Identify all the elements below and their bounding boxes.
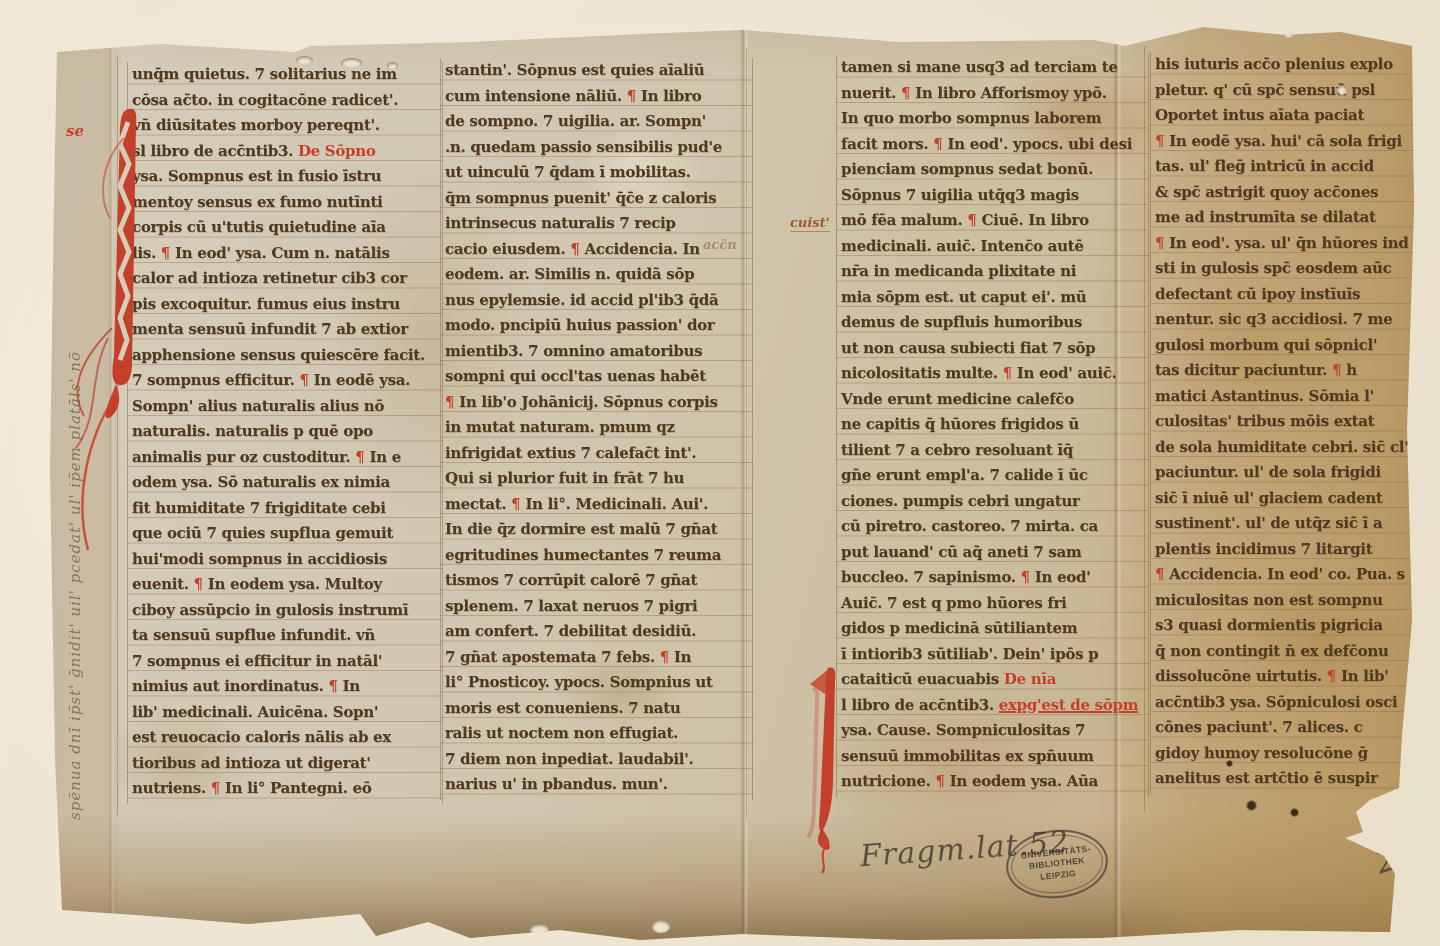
text-line: menta sensuū infundit 7 ab extior bbox=[132, 317, 438, 343]
text-line: sl libro de acc̄ntib3. De Sōpno bbox=[132, 139, 438, 165]
parchment-hole bbox=[1283, 25, 1294, 38]
text-line: de sola humiditate cebri. sic̄ cl' bbox=[1155, 435, 1418, 461]
text-line: tas dicitur paciuntur. ¶ h bbox=[1155, 358, 1418, 384]
text-line: gulosi morbum qui sōpnicl' bbox=[1155, 333, 1418, 359]
gutter-annotation-cuius: cuist' bbox=[790, 216, 830, 232]
text-line: narius u' in pbandus. mun'. bbox=[445, 772, 748, 798]
text-line: ut non causa subiecti fiat 7 sōp bbox=[841, 336, 1144, 362]
text-line: mectat. ¶ In li°. Medicinali. Aui'. bbox=[445, 492, 748, 518]
text-line: in mutat naturam. pmum qz bbox=[445, 415, 748, 441]
text-line: euenit. ¶ In eodem ysa. Multoy bbox=[132, 572, 438, 598]
text-line: sensuū immobilitas ex spn̄uum bbox=[841, 744, 1144, 770]
text-line: ciones. pumpis cebri ungatur bbox=[841, 489, 1144, 515]
text-line: odem ysa. Sō naturalis ex nimia bbox=[132, 470, 438, 496]
text-line: pletur. q' cū spc̄ sensuū psl bbox=[1155, 78, 1418, 104]
text-line: fit humiditate 7 frigiditate cebi bbox=[132, 496, 438, 522]
text-line: mō fēa malum. ¶ Ciuē. In libro bbox=[841, 208, 1144, 234]
text-line: tilient 7 a cebro resoluant īq̄ bbox=[841, 438, 1144, 464]
text-column-2: stantin'. Sōpnus est quies aīaliūcum int… bbox=[440, 58, 753, 800]
text-line: eodem. ar. Similis n. quidā sōp bbox=[445, 262, 748, 288]
text-line: gidos p medicinā sūtiliantem bbox=[841, 616, 1144, 642]
text-line: culositas' tribus mōis extat bbox=[1155, 409, 1418, 435]
text-line: splenem. 7 laxat neruos 7 pigri bbox=[445, 594, 748, 620]
parchment-hole bbox=[652, 920, 670, 933]
text-line: matici Astantinus. Sōmia l' bbox=[1155, 384, 1418, 410]
decorated-initial-red-col3 bbox=[800, 660, 850, 875]
stamp-line-1: UNIVERSITÄTS- bbox=[1020, 844, 1091, 862]
text-line: ta sensuū supflue infundit. vn̄ bbox=[132, 623, 438, 649]
margin-annotation-se: se bbox=[66, 122, 84, 140]
text-line: cum intensione nāliū. ¶ In libro bbox=[445, 84, 748, 110]
text-line: Qui si plurior fuit in frāt 7 hu bbox=[445, 466, 748, 492]
text-line: miculositas non est sompnu bbox=[1155, 588, 1418, 614]
parchment-hole bbox=[341, 58, 362, 68]
text-line: s3 quasi dormientis pigricia bbox=[1155, 613, 1418, 639]
text-line: 7 diem non inpediat. laudabil'. bbox=[445, 747, 748, 773]
text-line: animalis pur oz custoditur. ¶ In e bbox=[132, 445, 438, 471]
text-line: l libro de acc̄ntib3. expg'est de sōpm bbox=[841, 693, 1144, 719]
text-line: sic̄ ī niuē ul' glaciem cadent bbox=[1155, 486, 1418, 512]
text-line: tismos 7 corrūpit calorē 7 gn̄at bbox=[445, 568, 748, 594]
text-line: sti in gulosis spc̄ eosdem aūc bbox=[1155, 256, 1418, 282]
text-line: cōsa ac̄to. in cogitacōne radicet'. bbox=[132, 88, 438, 114]
photograph-background: unq̄m quietus. 7 solitarius ne imcōsa ac… bbox=[0, 0, 1440, 946]
text-line: ne capitis q̄ hūores frigidos ū bbox=[841, 412, 1144, 438]
text-line: ralis ut noctem non effugiat. bbox=[445, 721, 748, 747]
text-line: stantin'. Sōpnus est quies aīaliū bbox=[445, 58, 748, 84]
text-line: intrinsecus naturalis 7 recip bbox=[445, 211, 748, 237]
text-line: 7 gn̄at apostemata 7 febs. ¶ In bbox=[445, 645, 748, 671]
text-line: In die q̄z dormire est malū 7 gn̄at bbox=[445, 517, 748, 543]
text-line: apphensione sensus quiescēre facit. bbox=[132, 343, 438, 369]
text-line: ysa. Cause. Sompniculositas 7 bbox=[841, 718, 1144, 744]
text-line: 7 sompnus ei efficitur in natāl' bbox=[132, 649, 438, 675]
text-line: tas. ul' fleḡ intricū in accid bbox=[1155, 154, 1418, 180]
text-line: & spc̄ astrigit quoy acc̄ones bbox=[1155, 180, 1418, 206]
text-line: gn̄e erunt empl'a. 7 calide ī ūc bbox=[841, 463, 1144, 489]
text-line: defectant cū ipoy instīuīs bbox=[1155, 282, 1418, 308]
parchment-hole bbox=[387, 62, 398, 70]
text-line: calor ad intioza retinetur cib3 cor bbox=[132, 266, 438, 292]
text-line: buccleo. 7 sapinismo. ¶ In eod' bbox=[841, 565, 1144, 591]
text-line: put lauand' cū aq̄ aneti 7 sam bbox=[841, 540, 1144, 566]
text-line: nimius aut inordinatus. ¶ In bbox=[132, 674, 438, 700]
text-line: mientib3. 7 omnino amatoribus bbox=[445, 339, 748, 365]
text-line: paciuntur. ul' de sola frigidi bbox=[1155, 460, 1418, 486]
text-line: Oportet intus aīata paciat bbox=[1155, 103, 1418, 129]
gutter-annotation-accn: acc̄n bbox=[703, 238, 737, 253]
text-line: me ad instrumīta se dilatat bbox=[1155, 205, 1418, 231]
text-line: nuerit. ¶ In libro Afforismoy ypō. bbox=[841, 81, 1144, 107]
text-line: li° Pnosticoy. ypocs. Sompnius ut bbox=[445, 670, 748, 696]
text-line: ut uinculū 7 q̄dam ī mobilitas. bbox=[445, 160, 748, 186]
text-line: nr̄a in medicanda plixitate ni bbox=[841, 259, 1144, 285]
text-line: de sompno. 7 uigilia. ar. Sompn' bbox=[445, 109, 748, 135]
text-line: Auic̄. 7 est q pmo hūores fri bbox=[841, 591, 1144, 617]
text-column-3: tamen si mane usq3 ad terciam tenuerit. … bbox=[836, 55, 1149, 797]
text-line: .n. quedam passio sensibilis pud'e bbox=[445, 135, 748, 161]
text-line: am confert. 7 debilitat desidiū. bbox=[445, 619, 748, 645]
text-line: ¶ In eod'. ysa. ul' q̄n hūores ind bbox=[1155, 231, 1418, 257]
parchment-hole bbox=[530, 924, 549, 935]
text-line: Sompn' alius naturalis alius nō bbox=[132, 394, 438, 420]
text-line: nentur. sic q3 accidiosi. 7 me bbox=[1155, 307, 1418, 333]
text-line: modo. pncipiū huius passion' dor bbox=[445, 313, 748, 339]
text-line: egritudines humectantes 7 reuma bbox=[445, 543, 748, 569]
text-line: medicinali. auic̄. Intenc̄o autē bbox=[841, 234, 1144, 260]
text-line: facit mors. ¶ In eod'. ypocs. ubi desi bbox=[841, 132, 1144, 158]
manuscript-fragment: unq̄m quietus. 7 solitarius ne imcōsa ac… bbox=[0, 0, 1440, 946]
text-line: his iuturis acc̄o plenius explo bbox=[1155, 52, 1418, 78]
text-line: 7 sompnus efficitur. ¶ In eodē ysa. bbox=[132, 368, 438, 394]
text-line: ¶ In lib'o Johānicij. Sōpnus corpis bbox=[445, 390, 748, 416]
text-line: tioribus ad intioza ut digerat' bbox=[132, 751, 438, 777]
text-line: sustinent'. ul' de utq̄z sic̄ ī a bbox=[1155, 511, 1418, 537]
text-line: infrigidat extius 7 calefac̄t int'. bbox=[445, 441, 748, 467]
stamp-line-3: LEIPZIG bbox=[1040, 868, 1077, 883]
stamp-line-2: BIBLIOTHEK bbox=[1029, 856, 1086, 873]
text-line: vn̄ diūsitates morboy pereqnt'. bbox=[132, 113, 438, 139]
text-line: sompni qui occl'tas uenas habēt bbox=[445, 364, 748, 390]
margin-annotation-vertical: spēnua dnī ip̄st' ḡnidit' uil' pcedat' u… bbox=[66, 228, 84, 820]
parchment-hole bbox=[1337, 85, 1347, 95]
parchment-hole bbox=[296, 56, 313, 65]
text-line: moris est conueniens. 7 natu bbox=[445, 696, 748, 722]
text-line: q̄ non contingit n̄ ex defc̄onu bbox=[1155, 639, 1418, 665]
worm-hole bbox=[1246, 800, 1257, 811]
text-line: est reuocacio caloris nālis ab ex bbox=[132, 725, 438, 751]
text-line: nutriens. ¶ In li° Pantegni. eō bbox=[132, 776, 438, 802]
text-line: gidoy humoy resolucōne ḡ bbox=[1155, 741, 1418, 767]
text-line: mentoy sensus ex fumo nutīnti bbox=[132, 190, 438, 216]
text-line: naturalis. naturalis p quē opo bbox=[132, 419, 438, 445]
text-line: acc̄ntib3 ysa. Sōpniculosi osci bbox=[1155, 690, 1418, 716]
text-line: nus epylemsie. id accid pl'ib3 q̄dā bbox=[445, 288, 748, 314]
text-column-4: his iuturis acc̄o plenius explopletur. q… bbox=[1150, 52, 1423, 794]
worm-hole bbox=[1226, 760, 1233, 767]
text-line: ciboy assūpcio in gulosis instrumī bbox=[132, 598, 438, 624]
text-line: pienciam sompnus sedat bonū. bbox=[841, 157, 1144, 183]
text-line: cū piretro. castoreo. 7 mirta. ca bbox=[841, 514, 1144, 540]
text-line: corpis cū u'tutis quietudine aīa bbox=[132, 215, 438, 241]
text-line: cataiticū euacuabis De nīa bbox=[841, 667, 1144, 693]
text-line: nicolositatis multe. ¶ In eod' auic̄. bbox=[841, 361, 1144, 387]
text-line: Vnde erunt medicine calefc̄o bbox=[841, 387, 1144, 413]
text-line: pis excoquitur. fumus eius instru bbox=[132, 292, 438, 318]
text-line: In quo morbo sompnus laborem bbox=[841, 106, 1144, 132]
text-line: tamen si mane usq3 ad terciam te bbox=[841, 55, 1144, 81]
text-column-1: unq̄m quietus. 7 solitarius ne imcōsa ac… bbox=[127, 62, 443, 804]
text-line: plentis incidimus 7 litargit bbox=[1155, 537, 1418, 563]
text-line: nutricione. ¶ In eodem ysa. Aūa bbox=[841, 769, 1144, 795]
worm-hole bbox=[1290, 808, 1299, 817]
text-line: ¶ Accidencia. In eod' co. Pua. s bbox=[1155, 562, 1418, 588]
text-line: hui'modi sompnus in accidiosis bbox=[132, 547, 438, 573]
text-line: lib' medicinali. Auicēna. Sopn' bbox=[132, 700, 438, 726]
text-line: mia sōpm est. ut caput ei'. mū bbox=[841, 285, 1144, 311]
text-line: q̄m sompnus puenit' q̄c̄e z caloris bbox=[445, 186, 748, 212]
text-line: cōnes paciunt'. 7 alices. c bbox=[1155, 715, 1418, 741]
text-line: dissolucōne uirtutis. ¶ In lib' bbox=[1155, 664, 1418, 690]
text-line: ¶ In eodē ysa. hui' cā sola frigi bbox=[1155, 129, 1418, 155]
text-line: anelitus est artc̄tio ē suspir bbox=[1155, 766, 1418, 792]
text-line: ī intiorib3 sūtiliab'. Dein' ipōs p bbox=[841, 642, 1144, 668]
text-line: que ociū 7 quies supflua gemuit bbox=[132, 521, 438, 547]
page-number-pencil: 2 bbox=[1370, 838, 1403, 883]
text-line: lis. ¶ In eod' ysa. Cum n. natālis bbox=[132, 241, 438, 267]
text-line: demus de supfluis humoribus bbox=[841, 310, 1144, 336]
text-line: Sōpnus 7 uigilia utq̄q3 magis bbox=[841, 183, 1144, 209]
text-line: ysa. Sompnus est in fusio īstru bbox=[132, 164, 438, 190]
